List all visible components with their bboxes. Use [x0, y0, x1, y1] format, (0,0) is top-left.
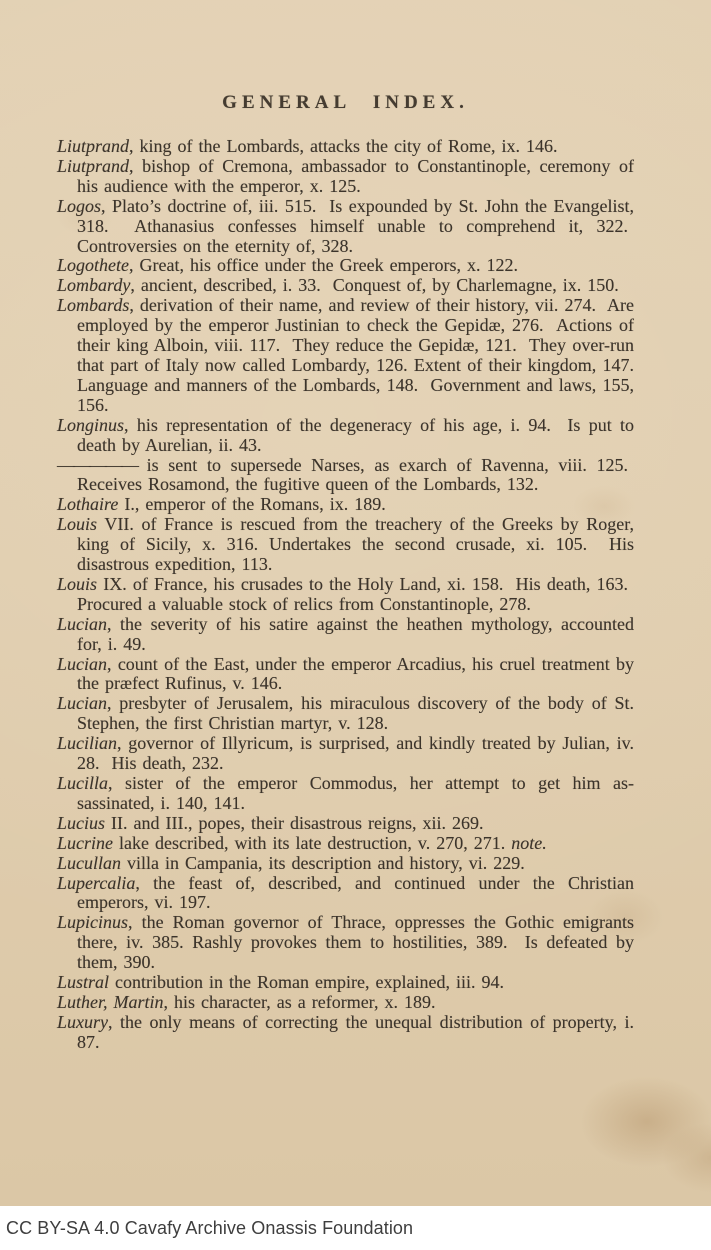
index-entry: Lothaire I., emperor of the Romans, ix. … [57, 495, 634, 515]
entry-lead-word: Lucilla [57, 773, 108, 793]
entry-text: VII. of France is rescued from the treac… [77, 514, 634, 574]
index-entry: Lucian, count of the East, under the emp… [57, 655, 634, 695]
index-entry: Lucian, the severity of his satire again… [57, 615, 634, 655]
entry-text: contribution in the Roman empire, explai… [109, 972, 504, 992]
entry-text: , ancient, described, i. 33. Conquest of… [130, 275, 618, 295]
index-entry: Lucrine lake described, with its late de… [57, 834, 634, 854]
index-entry: Lucian, presbyter of Jerusalem, his mira… [57, 694, 634, 734]
index-entry: ————— is sent to supersede Narses, as ex… [57, 456, 634, 496]
index-entry: Lustral contribution in the Roman empire… [57, 973, 634, 993]
index-entry: Liutprand, king of the Lombards, attacks… [57, 137, 634, 157]
entry-text: , Great, his office under the Greek empe… [129, 255, 518, 275]
entry-text: villa in Campania, its description and h… [121, 853, 525, 873]
index-entry: Lombards, derivation of their name, and … [57, 296, 634, 415]
entry-lead-word: Lucian [57, 693, 107, 713]
entry-text: , the only means of correcting the unequ… [77, 1012, 634, 1052]
index-entries: Liutprand, king of the Lombards, attacks… [57, 137, 634, 1053]
continuation-dash: ————— [57, 455, 137, 475]
entry-lead-word: Logothete [57, 255, 129, 275]
entry-text: , the severity of his satire against the… [77, 614, 634, 654]
entry-lead-word: Luther, Martin [57, 992, 164, 1012]
entry-text: , Plato’s doctrine of, iii. 515. Is expo… [77, 196, 634, 256]
entry-lead-word: Lupercalia [57, 873, 135, 893]
paper-background: GENERAL INDEX. Liutprand, king of the Lo… [0, 0, 711, 1206]
entry-lead-word: Lombards [57, 295, 129, 315]
entry-lead-word: Luxury [57, 1012, 108, 1032]
index-entry: Luxury, the only means of correcting the… [57, 1013, 634, 1053]
entry-text: lake described, with its late destructio… [113, 833, 511, 853]
index-entry: Liutprand, bishop of Cremona, ambassador… [57, 157, 634, 197]
entry-lead-word: Lucullan [57, 853, 121, 873]
entry-text: , his representation of the degeneracy o… [77, 415, 634, 455]
entry-text: IX. of France, his crusades to the Holy … [77, 574, 634, 614]
entry-lead-word: Logos [57, 196, 101, 216]
index-entry: Louis VII. of France is rescued from the… [57, 515, 634, 575]
entry-lead-word: Liutprand [57, 156, 129, 176]
index-entry: Louis IX. of France, his crusades to the… [57, 575, 634, 615]
page-title: GENERAL INDEX. [57, 92, 634, 114]
entry-text: II. and III., popes, their disastrous re… [105, 813, 483, 833]
entry-text: , bishop of Cremona, ambassador to Const… [77, 156, 634, 196]
entry-text: I., emperor of the Romans, ix. 189. [118, 494, 385, 514]
entry-lead-word: Lustral [57, 972, 109, 992]
index-entry: Lucius II. and III., popes, their disast… [57, 814, 634, 834]
entry-lead-word: Louis [57, 574, 97, 594]
entry-text: , governor of Illyricum, is surprised, a… [77, 733, 634, 773]
index-entry: Luther, Martin, his character, as a refo… [57, 993, 634, 1013]
entry-text: , derivation of their name, and review o… [77, 295, 634, 415]
license-bar: CC BY-SA 4.0 Cavafy Archive Onassis Foun… [0, 1206, 711, 1250]
entry-text: , the Roman governor of Thrace, oppresse… [77, 912, 634, 972]
entry-lead-word: Lucrine [57, 833, 113, 853]
entry-text: , his character, as a reformer, x. 189. [164, 992, 436, 1012]
entry-lead-word: Lucian [57, 614, 107, 634]
index-entry: Lombardy, ancient, described, i. 33. Con… [57, 276, 634, 296]
entry-lead-word: Lupicinus [57, 912, 128, 932]
entry-lead-word: Lucian [57, 654, 107, 674]
entry-text: , presbyter of Jerusalem, his miraculous… [77, 693, 634, 733]
entry-text: , count of the East, under the emperor A… [77, 654, 634, 694]
index-entry: Lucilian, governor of Illyricum, is surp… [57, 734, 634, 774]
index-entry: Logos, Plato’s doctrine of, iii. 515. Is… [57, 197, 634, 257]
entry-text: , sister of the emperor Commodus, her at… [77, 773, 634, 813]
entry-lead-word: Longinus [57, 415, 124, 435]
entry-text: is sent to supersede Narses, as exarch o… [77, 455, 634, 495]
index-entry: Lupicinus, the Roman governor of Thrace,… [57, 913, 634, 973]
entry-lead-word: Lombardy [57, 275, 130, 295]
entry-lead-word: Liutprand [57, 136, 129, 156]
scanned-book-page: GENERAL INDEX. Liutprand, king of the Lo… [0, 0, 711, 1250]
entry-text: , the feast of, described, and continued… [77, 873, 634, 913]
entry-text: , king of the Lombards, attacks the city… [129, 136, 557, 156]
index-entry: Lupercalia, the feast of, described, and… [57, 874, 634, 914]
index-entry: Logothete, Great, his office under the G… [57, 256, 634, 276]
index-entry: Lucilla, sister of the emperor Commodus,… [57, 774, 634, 814]
entry-lead-word: Lucius [57, 813, 105, 833]
license-text: CC BY-SA 4.0 Cavafy Archive Onassis Foun… [6, 1218, 413, 1239]
entry-lead-word: Louis [57, 514, 97, 534]
entry-lead-word: note. [511, 833, 547, 853]
index-entry: Longinus, his representation of the dege… [57, 416, 634, 456]
index-entry: Lucullan villa in Campania, its descript… [57, 854, 634, 874]
entry-lead-word: Lucilian [57, 733, 117, 753]
entry-lead-word: Lothaire [57, 494, 118, 514]
